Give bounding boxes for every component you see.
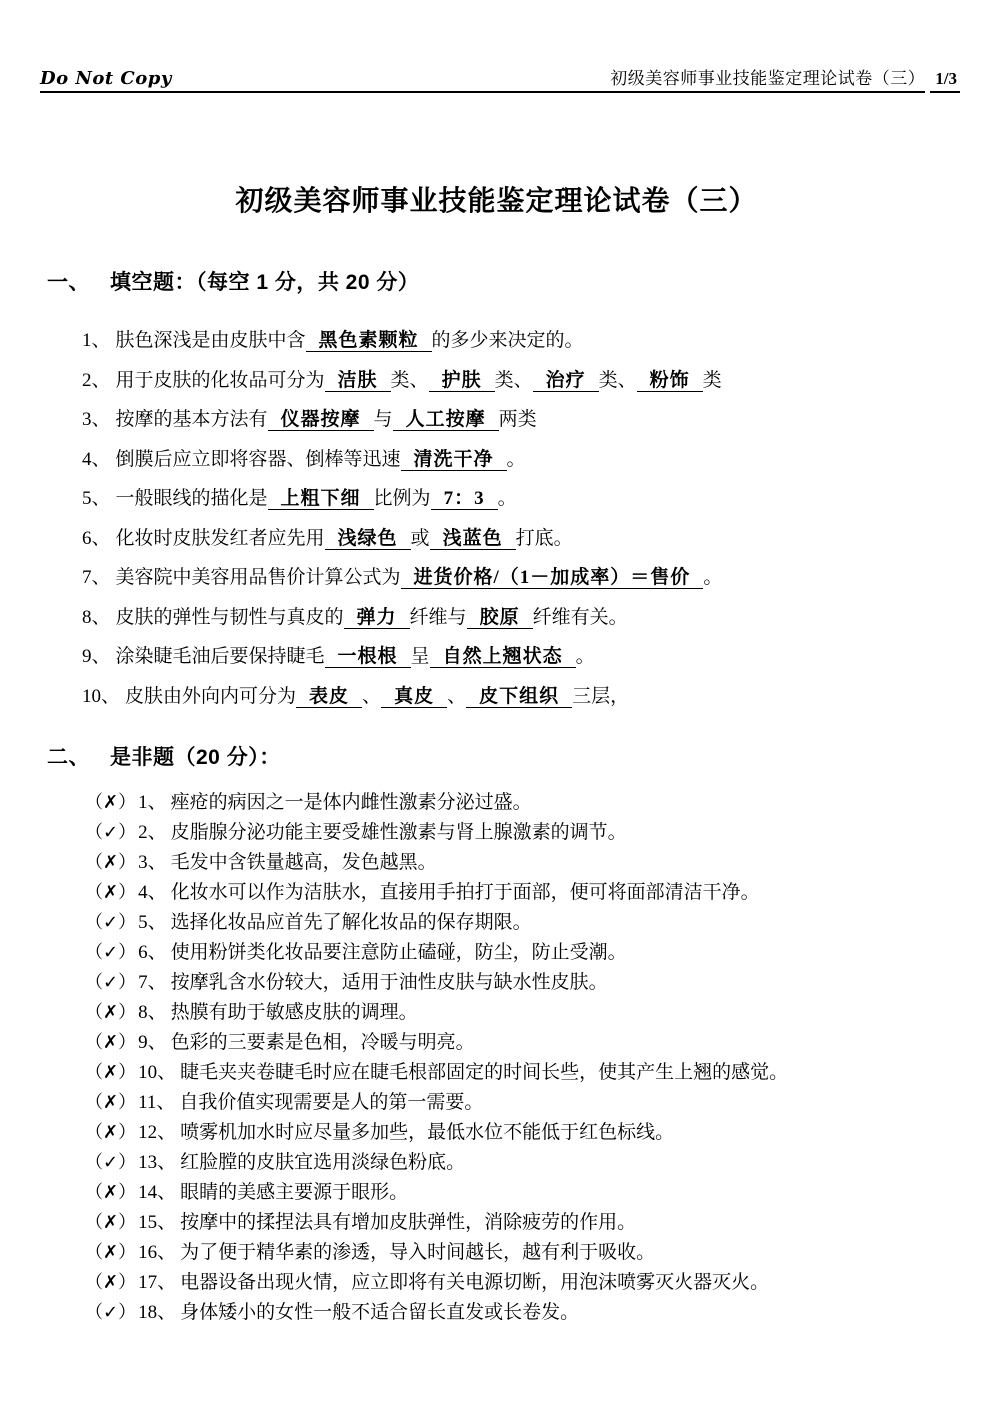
question-text: 。	[507, 449, 526, 470]
answer-mark: （✓）	[85, 972, 136, 993]
question-text: 与	[374, 409, 393, 430]
fill-question: 1、肤色深浅是由皮肤中含黑色素颗粒的多少来决定的。	[82, 321, 993, 361]
question-text: 皮脂腺分泌功能主要受雄性激素与肾上腺激素的调节。	[171, 822, 627, 843]
question-text: 化妆水可以作为洁肤水，直接用手拍打于面部，便可将面部清洁干净。	[171, 882, 760, 903]
blank-answer: 浅蓝色	[430, 528, 516, 550]
question-text: 皮肤由外向内可分为	[125, 686, 296, 707]
question-number: 14、	[138, 1182, 176, 1203]
fill-question: 10、皮肤由外向内可分为表皮、真皮、皮下组织三层，	[82, 677, 993, 717]
tf-question: （✗）17、电器设备出现火情，应立即将有关电源切断，用泡沫喷雾灭火器灭火。	[85, 1268, 993, 1298]
blank-answer: 护肤	[429, 370, 495, 392]
tf-question: （✗）12、喷雾机加水时应尽量多加些，最低水位不能低于红色标线。	[85, 1118, 993, 1148]
question-text: 类、	[495, 370, 533, 391]
question-number: 5、	[138, 912, 167, 933]
question-text: 身体矮小的女性一般不适合留长直发或长卷发。	[180, 1302, 579, 1323]
question-text: 或	[411, 528, 430, 549]
do-not-copy-watermark: Do Not Copy	[40, 68, 172, 89]
header-doc-title: 初级美容师事业技能鉴定理论试卷（三）	[610, 64, 925, 89]
blank-answer: 胶原	[467, 607, 533, 629]
question-text: 。	[576, 646, 595, 667]
tf-question-list: （✗）1、痤疮的病因之一是体内雌性激素分泌过盛。（✓）2、皮脂腺分泌功能主要受雄…	[85, 788, 993, 1328]
question-text: 用于皮肤的化妆品可分为	[116, 370, 325, 391]
blank-answer: 粉饰	[637, 370, 703, 392]
blank-answer: 浅绿色	[325, 528, 411, 550]
question-text: 美容院中美容用品售价计算公式为	[116, 567, 401, 588]
question-number: 6、	[82, 528, 111, 549]
answer-mark: （✗）	[85, 1062, 136, 1083]
question-text: 倒膜后应立即将容器、倒棒等迅速	[116, 449, 401, 470]
blank-answer: 进货价格/（1－加成率）＝售价	[401, 567, 704, 589]
question-text: 为了便于精华素的渗透，导入时间越长，越有利于吸收。	[180, 1242, 655, 1263]
blank-answer: 黑色素颗粒	[306, 330, 432, 352]
tf-question: （✗）15、按摩中的揉捏法具有增加皮肤弹性，消除疲劳的作用。	[85, 1208, 993, 1238]
answer-mark: （✗）	[85, 882, 136, 903]
tf-question: （✓）13、红脸膛的皮肤宜选用淡绿色粉底。	[85, 1148, 993, 1178]
blank-answer: 人工按摩	[393, 409, 499, 431]
question-number: 17、	[138, 1272, 176, 1293]
answer-mark: （✓）	[85, 1152, 136, 1173]
question-text: 一般眼线的描化是	[116, 488, 268, 509]
tf-question: （✗）11、自我价值实现需要是人的第一需要。	[85, 1088, 993, 1118]
question-text: 喷雾机加水时应尽量多加些，最低水位不能低于红色标线。	[180, 1122, 674, 1143]
fill-question: 5、一般眼线的描化是上粗下细比例为7：3。	[82, 479, 993, 519]
question-number: 1、	[138, 792, 167, 813]
page-number: 1/3	[930, 69, 960, 93]
question-text: 纤维与	[410, 607, 467, 628]
question-text: 两类	[499, 409, 537, 430]
exam-page: Do Not Copy 初级美容师事业技能鉴定理论试卷（三） 1/3 初级美容师…	[0, 0, 993, 1404]
question-text: 红脸膛的皮肤宜选用淡绿色粉底。	[180, 1152, 465, 1173]
fill-question: 3、按摩的基本方法有仪器按摩与人工按摩两类	[82, 400, 993, 440]
question-number: 7、	[138, 972, 167, 993]
question-text: 按摩的基本方法有	[116, 409, 268, 430]
question-number: 5、	[82, 488, 111, 509]
question-number: 11、	[138, 1092, 175, 1113]
question-number: 2、	[138, 822, 167, 843]
fill-question: 6、化妆时皮肤发红者应先用浅绿色或浅蓝色打底。	[82, 519, 993, 559]
question-number: 3、	[82, 409, 111, 430]
tf-question: （✗）9、色彩的三要素是色相，冷暖与明亮。	[85, 1028, 993, 1058]
question-text: 自我价值实现需要是人的第一需要。	[179, 1092, 483, 1113]
blank-answer: 皮下组织	[466, 686, 572, 708]
tf-question: （✓）2、皮脂腺分泌功能主要受雄性激素与肾上腺激素的调节。	[85, 818, 993, 848]
question-text: 。	[498, 488, 517, 509]
question-number: 13、	[138, 1152, 176, 1173]
tf-question: （✓）7、按摩乳含水份较大，适用于油性皮肤与缺水性皮肤。	[85, 968, 993, 998]
blank-answer: 表皮	[296, 686, 362, 708]
question-number: 2、	[82, 370, 111, 391]
page-header: Do Not Copy 初级美容师事业技能鉴定理论试卷（三） 1/3	[40, 0, 960, 93]
question-text: 毛发中含铁量越高，发色越黑。	[171, 852, 437, 873]
tf-question: （✓）18、身体矮小的女性一般不适合留长直发或长卷发。	[85, 1298, 993, 1328]
blank-answer: 上粗下细	[268, 488, 374, 510]
answer-mark: （✗）	[85, 852, 136, 873]
question-text: 的多少来决定的。	[432, 330, 584, 351]
answer-mark: （✗）	[85, 1212, 136, 1233]
answer-mark: （✗）	[85, 1032, 136, 1053]
question-text: 热膜有助于敏感皮肤的调理。	[171, 1002, 418, 1023]
fill-question: 7、美容院中美容用品售价计算公式为进货价格/（1－加成率）＝售价。	[82, 558, 993, 598]
fill-question: 2、用于皮肤的化妆品可分为洁肤类、护肤类、治疗类、粉饰类	[82, 361, 993, 401]
question-text: 肤色深浅是由皮肤中含	[116, 330, 306, 351]
question-number: 8、	[82, 607, 111, 628]
tf-question: （✗）8、热膜有助于敏感皮肤的调理。	[85, 998, 993, 1028]
question-text: 涂染睫毛油后要保持睫毛	[116, 646, 325, 667]
blank-answer: 一根根	[325, 646, 411, 668]
section-tf-label: 是非题（20 分）：	[110, 746, 281, 769]
tf-question: （✗）4、化妆水可以作为洁肤水，直接用手拍打于面部，便可将面部清洁干净。	[85, 878, 993, 908]
tf-question: （✗）16、为了便于精华素的渗透，导入时间越长，越有利于吸收。	[85, 1238, 993, 1268]
question-text: 纤维有关。	[533, 607, 628, 628]
question-number: 7、	[82, 567, 111, 588]
question-number: 4、	[138, 882, 167, 903]
tf-question: （✓）5、选择化妆品应首先了解化妆品的保存期限。	[85, 908, 993, 938]
fill-question: 4、倒膜后应立即将容器、倒棒等迅速清洗干净。	[82, 440, 993, 480]
answer-mark: （✗）	[85, 1242, 136, 1263]
question-number: 1、	[82, 330, 111, 351]
section-fill-label: 填空题：（每空 1 分，共 20 分）	[110, 271, 419, 294]
header-rule: Do Not Copy 初级美容师事业技能鉴定理论试卷（三）	[40, 64, 925, 93]
question-text: 使用粉饼类化妆品要注意防止磕碰，防尘，防止受潮。	[171, 942, 627, 963]
question-text: 比例为	[374, 488, 431, 509]
question-text: 电器设备出现火情，应立即将有关电源切断，用泡沫喷雾灭火器灭火。	[180, 1272, 769, 1293]
question-number: 8、	[138, 1002, 167, 1023]
answer-mark: （✗）	[85, 1092, 136, 1113]
question-number: 3、	[138, 852, 167, 873]
tf-question: （✗）14、眼睛的美感主要源于眼形。	[85, 1178, 993, 1208]
question-text: 类、	[599, 370, 637, 391]
question-text: 打底。	[516, 528, 573, 549]
question-text: 类	[703, 370, 722, 391]
question-text: 选择化妆品应首先了解化妆品的保存期限。	[171, 912, 532, 933]
section-true-false: 二、是非题（20 分）： （✗）1、痤疮的病因之一是体内雌性激素分泌过盛。（✓）…	[0, 744, 993, 1328]
question-number: 18、	[138, 1302, 176, 1323]
fill-question: 8、皮肤的弹性与韧性与真皮的弹力纤维与胶原纤维有关。	[82, 598, 993, 638]
question-number: 9、	[138, 1032, 167, 1053]
question-number: 15、	[138, 1212, 176, 1233]
answer-mark: （✗）	[85, 1272, 136, 1293]
blank-answer: 仪器按摩	[268, 409, 374, 431]
tf-question: （✓）6、使用粉饼类化妆品要注意防止磕碰，防尘，防止受潮。	[85, 938, 993, 968]
question-number: 4、	[82, 449, 111, 470]
fill-question: 9、涂染睫毛油后要保持睫毛一根根呈自然上翘状态。	[82, 637, 993, 677]
tf-question: （✗）3、毛发中含铁量越高，发色越黑。	[85, 848, 993, 878]
section-tf-heading: 二、是非题（20 分）：	[47, 744, 993, 771]
question-text: 化妆时皮肤发红者应先用	[116, 528, 325, 549]
question-text: 。	[703, 567, 722, 588]
question-text: 三层，	[572, 686, 629, 707]
question-text: 、	[447, 686, 466, 707]
question-number: 9、	[82, 646, 111, 667]
question-number: 10、	[82, 686, 120, 707]
blank-answer: 自然上翘状态	[430, 646, 576, 668]
answer-mark: （✗）	[85, 1182, 136, 1203]
question-number: 16、	[138, 1242, 176, 1263]
tf-question: （✗）10、睫毛夹夹卷睫毛时应在睫毛根部固定的时间长些，使其产生上翘的感觉。	[85, 1058, 993, 1088]
question-text: 皮肤的弹性与韧性与真皮的	[116, 607, 344, 628]
blank-answer: 清洗干净	[401, 449, 507, 471]
exam-title: 初级美容师事业技能鉴定理论试卷（三）	[0, 179, 993, 219]
section-fill-blank: 一、填空题：（每空 1 分，共 20 分） 1、肤色深浅是由皮肤中含黑色素颗粒的…	[0, 269, 993, 716]
question-text: 眼睛的美感主要源于眼形。	[180, 1182, 408, 1203]
answer-mark: （✗）	[85, 792, 136, 813]
blank-answer: 真皮	[381, 686, 447, 708]
blank-answer: 7：3	[431, 488, 498, 510]
question-text: 按摩中的揉捏法具有增加皮肤弹性，消除疲劳的作用。	[180, 1212, 636, 1233]
question-text: 色彩的三要素是色相，冷暖与明亮。	[171, 1032, 475, 1053]
answer-mark: （✓）	[85, 942, 136, 963]
question-text: 睫毛夹夹卷睫毛时应在睫毛根部固定的时间长些，使其产生上翘的感觉。	[180, 1062, 788, 1083]
section-fill-number: 一、	[47, 271, 90, 294]
question-text: 按摩乳含水份较大，适用于油性皮肤与缺水性皮肤。	[171, 972, 608, 993]
blank-answer: 弹力	[344, 607, 410, 629]
question-number: 12、	[138, 1122, 176, 1143]
answer-mark: （✓）	[85, 822, 136, 843]
section-fill-heading: 一、填空题：（每空 1 分，共 20 分）	[47, 269, 993, 296]
question-text: 痤疮的病因之一是体内雌性激素分泌过盛。	[171, 792, 532, 813]
section-tf-number: 二、	[47, 746, 90, 769]
blank-answer: 洁肤	[325, 370, 391, 392]
fill-question-list: 1、肤色深浅是由皮肤中含黑色素颗粒的多少来决定的。2、用于皮肤的化妆品可分为洁肤…	[82, 321, 993, 716]
answer-mark: （✗）	[85, 1122, 136, 1143]
question-text: 、	[362, 686, 381, 707]
blank-answer: 治疗	[533, 370, 599, 392]
question-number: 10、	[138, 1062, 176, 1083]
question-text: 呈	[411, 646, 430, 667]
answer-mark: （✓）	[85, 912, 136, 933]
question-text: 类、	[391, 370, 429, 391]
tf-question: （✗）1、痤疮的病因之一是体内雌性激素分泌过盛。	[85, 788, 993, 818]
answer-mark: （✗）	[85, 1002, 136, 1023]
answer-mark: （✓）	[85, 1302, 136, 1323]
question-number: 6、	[138, 942, 167, 963]
